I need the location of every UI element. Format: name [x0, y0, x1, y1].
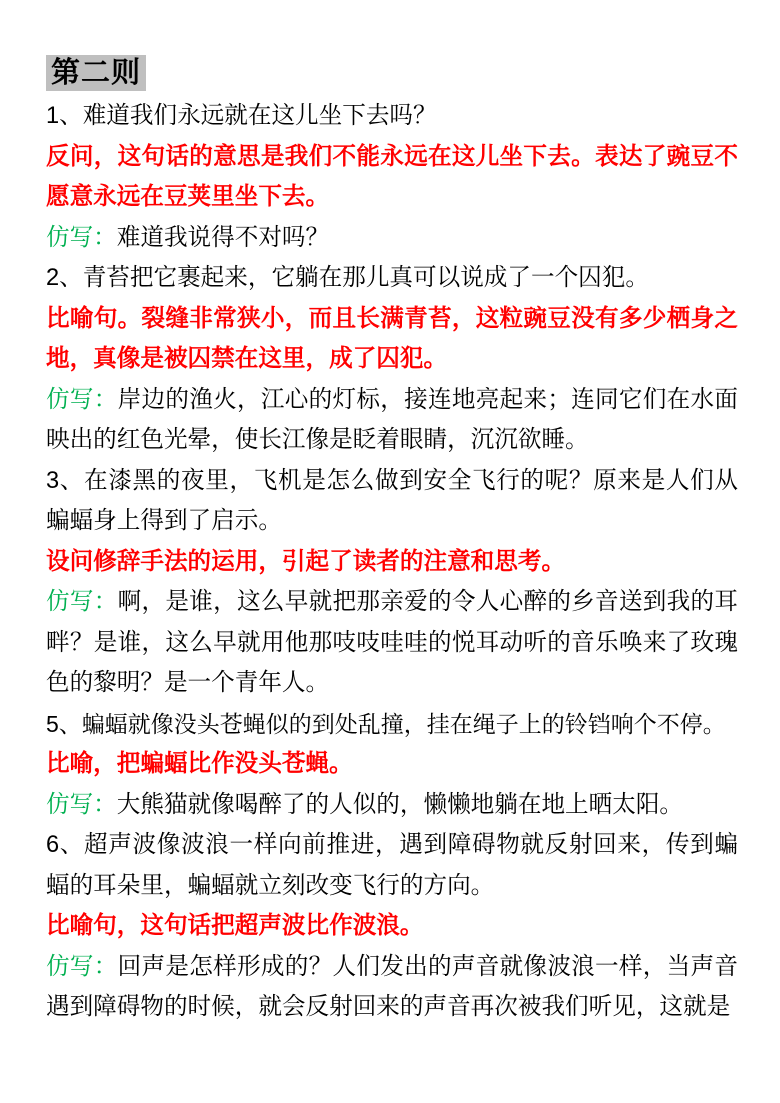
- imitation-line-5: 仿写：大熊猫就像喝醉了的人似的，懒懒地躺在地上晒太阳。: [46, 785, 738, 826]
- imitation-label-1: 仿写：: [46, 225, 117, 251]
- sentence-item-1: 1、难道我们永远就在这儿坐下去吗？: [46, 96, 738, 137]
- sentence-item-6: 6、超声波像波浪一样向前推进，遇到障碍物就反射回来，传到蝙蝠的耳朵里，蝙蝠就立刻…: [46, 825, 738, 906]
- analysis-text-3: 设问修辞手法的运用，引起了读者的注意和思考。: [46, 542, 738, 583]
- imitation-line-2: 仿写：岸边的渔火，江心的灯标，接连地亮起来；连同它们在水面映出的红色光晕，使长江…: [46, 380, 738, 461]
- imitation-label-3: 仿写：: [46, 589, 118, 615]
- imitation-label-6: 仿写：: [46, 954, 118, 980]
- imitation-label-2: 仿写：: [46, 387, 118, 413]
- imitation-line-1: 仿写：难道我说得不对吗？: [46, 218, 738, 259]
- section-title: 第二则: [46, 53, 146, 91]
- analysis-text-2: 比喻句。裂缝非常狭小，而且长满青苔，这粒豌豆没有多少栖身之地，真像是被囚禁在这里…: [46, 299, 738, 380]
- imitation-text-2: 岸边的渔火，江心的灯标，接连地亮起来；连同它们在水面映出的红色光晕，使长江像是眨…: [46, 387, 738, 454]
- imitation-text-6: 回声是怎样形成的？人们发出的声音就像波浪一样，当声音遇到障碍物的时候，就会反射回…: [46, 954, 738, 1021]
- imitation-text-5: 大熊猫就像喝醉了的人似的，懒懒地躺在地上晒太阳。: [117, 792, 683, 818]
- sentence-item-5: 5、蝙蝠就像没头苍蝇似的到处乱撞，挂在绳子上的铃铛响个不停。: [46, 704, 738, 745]
- imitation-line-6: 仿写：回声是怎样形成的？人们发出的声音就像波浪一样，当声音遇到障碍物的时候，就会…: [46, 947, 738, 1028]
- imitation-text-1: 难道我说得不对吗？: [117, 225, 329, 251]
- imitation-line-3: 仿写：啊，是谁，这么早就把那亲爱的令人心醉的乡音送到我的耳畔？是谁，这么早就用他…: [46, 582, 738, 704]
- document-body: 1、难道我们永远就在这儿坐下去吗？ 反问，这句话的意思是我们不能永远在这儿坐下去…: [46, 96, 738, 1028]
- sentence-item-2: 2、青苔把它裹起来，它躺在那儿真可以说成了一个囚犯。: [46, 258, 738, 299]
- analysis-text-6: 比喻句，这句话把超声波比作波浪。: [46, 906, 738, 947]
- analysis-text-1: 反问，这句话的意思是我们不能永远在这儿坐下去。表达了豌豆不愿意永远在豆荚里坐下去…: [46, 137, 738, 218]
- sentence-item-3: 3、在漆黑的夜里，飞机是怎么做到安全飞行的呢？原来是人们从蝙蝠身上得到了启示。: [46, 461, 738, 542]
- section-title-highlight: 第二则: [46, 55, 146, 91]
- document-page: 第二则 1、难道我们永远就在这儿坐下去吗？ 反问，这句话的意思是我们不能永远在这…: [0, 0, 780, 1103]
- analysis-text-5: 比喻，把蝙蝠比作没头苍蝇。: [46, 744, 738, 785]
- imitation-text-3: 啊，是谁，这么早就把那亲爱的令人心醉的乡音送到我的耳畔？是谁，这么早就用他那吱吱…: [46, 589, 738, 696]
- imitation-label-5: 仿写：: [46, 792, 117, 818]
